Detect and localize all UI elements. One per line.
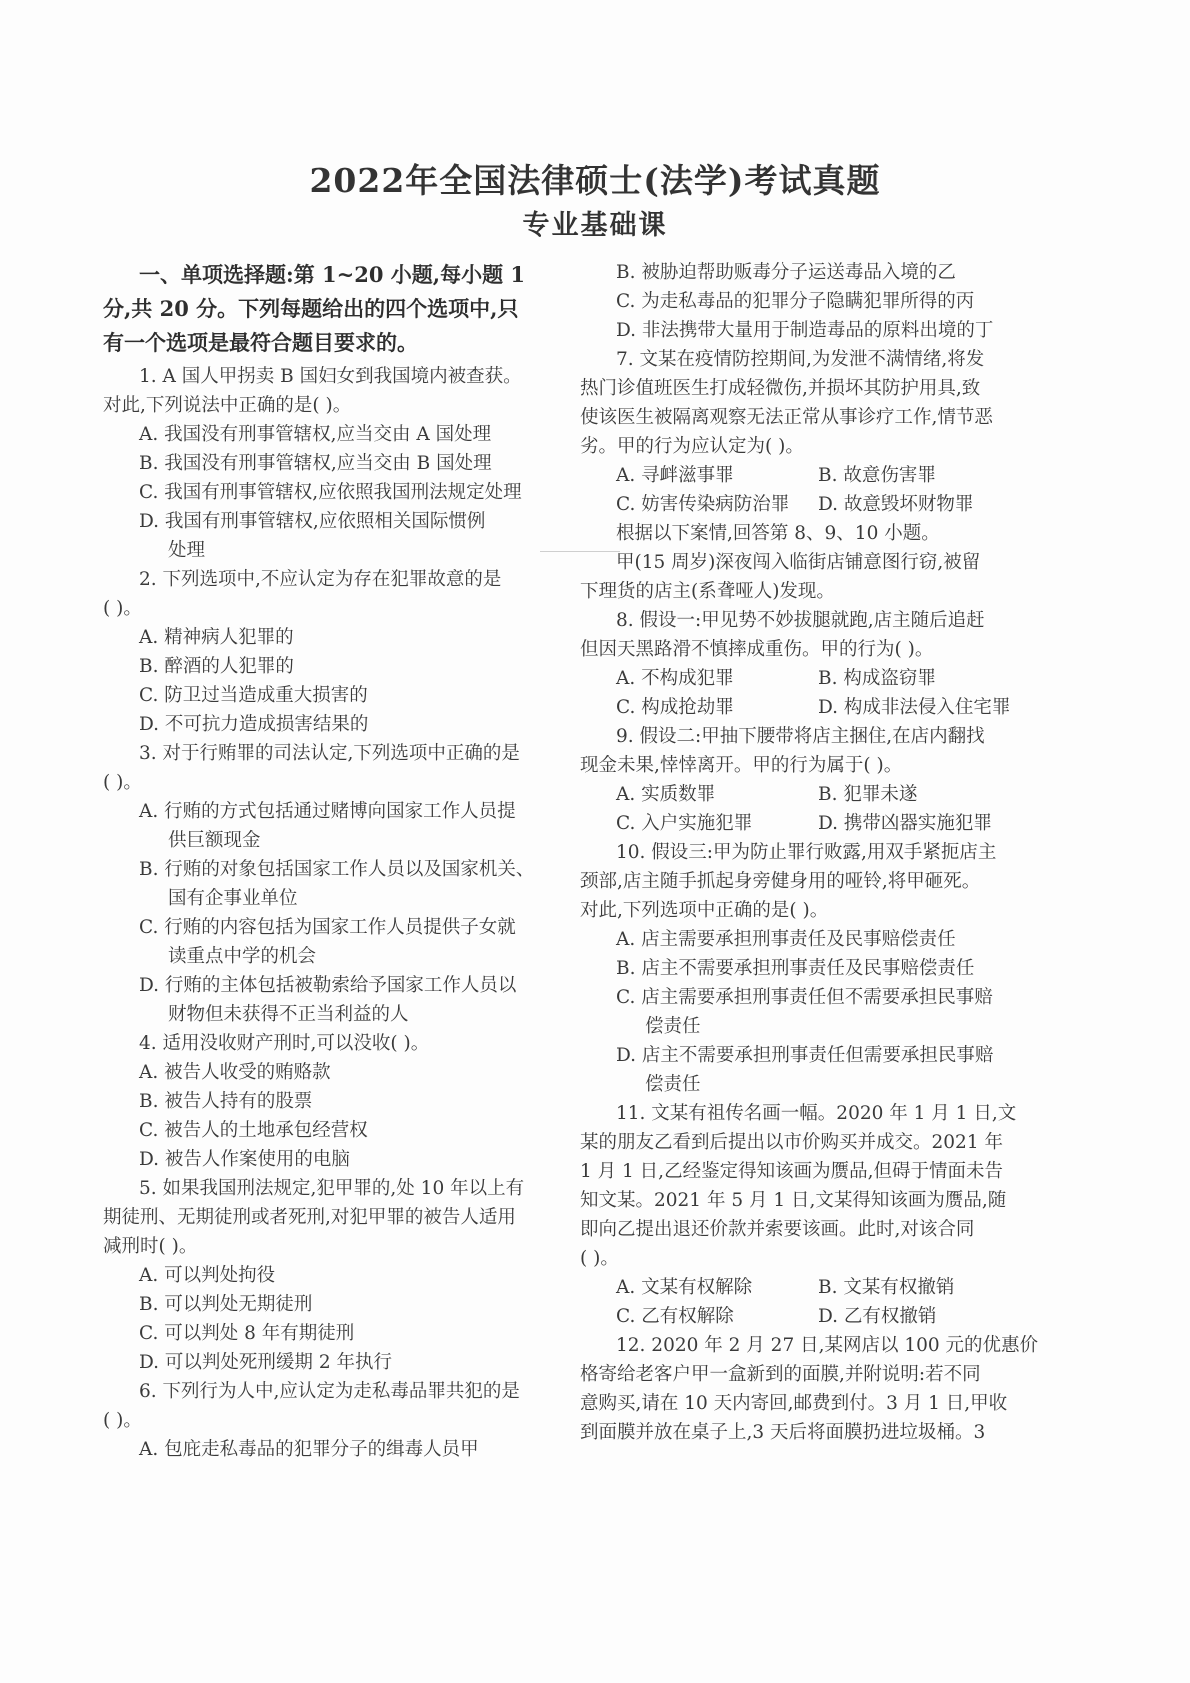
text-line: 甲(15 周岁)深夜闯入临街店铺意图行窃,被留 (580, 548, 980, 577)
text-line: 6. 下列行为人中,应认定为走私毒品罪共犯的是 (103, 1377, 520, 1406)
text-line: 11. 文某有祖传名画一幅。2020 年 1 月 1 日,文 (580, 1099, 1016, 1128)
text-line: 意购买,请在 10 天内寄回,邮费到付。3 月 1 日,甲收 (580, 1389, 1007, 1418)
text-line: ( )。 (103, 1406, 142, 1435)
text-line: 处理 (103, 536, 205, 565)
option-text: B. 文某有权撤销 (818, 1273, 954, 1302)
text-line: 1 月 1 日,乙经鉴定得知该画为赝品,但碍于情面未告 (580, 1157, 1003, 1186)
option-text: B. 故意伤害罪 (818, 461, 936, 490)
text-line: 2. 下列选项中,不应认定为存在犯罪故意的是 (103, 565, 501, 594)
option-row: A. 实质数罪B. 犯罪未遂 (580, 780, 917, 809)
text-line: B. 被胁迫帮助贩毒分子运送毒品入境的乙 (580, 258, 956, 287)
text-line: C. 防卫过当造成重大损害的 (103, 681, 368, 710)
text-line: 一、单项选择题:第 1~20 小题,每小题 1 (103, 258, 525, 292)
option-row: C. 入户实施犯罪D. 携带凶器实施犯罪 (580, 809, 992, 838)
option-text: A. 不构成犯罪 (616, 664, 818, 693)
text-line: 但因天黑路滑不慎摔成重伤。甲的行为( )。 (580, 635, 933, 664)
text-line: 供巨额现金 (103, 826, 261, 855)
text-line: B. 我国没有刑事管辖权,应当交由 B 国处理 (103, 449, 492, 478)
option-row: A. 寻衅滋事罪B. 故意伤害罪 (580, 461, 936, 490)
text-line: 偿责任 (580, 1012, 701, 1041)
option-text: D. 乙有权撤销 (818, 1302, 936, 1331)
option-text: A. 寻衅滋事罪 (616, 461, 818, 490)
text-line: 10. 假设三:甲为防止罪行败露,用双手紧扼店主 (580, 838, 996, 867)
text-line: A. 行贿的方式包括通过赌博向国家工作人员提 (103, 797, 516, 826)
option-text: B. 构成盗窃罪 (818, 664, 936, 693)
text-line: A. 可以判处拘役 (103, 1261, 275, 1290)
text-line: B. 可以判处无期徒刑 (103, 1290, 312, 1319)
text-line: 1. A 国人甲拐卖 B 国妇女到我国境内被查获。 (103, 362, 522, 391)
text-line: 下理货的店主(系聋哑人)发现。 (580, 577, 835, 606)
option-text: D. 携带凶器实施犯罪 (818, 809, 992, 838)
text-line: B. 被告人持有的股票 (103, 1087, 312, 1116)
text-line: ( )。 (103, 594, 142, 623)
text-line: 对此,下列选项中正确的是( )。 (580, 896, 828, 925)
text-line: C. 行贿的内容包括为国家工作人员提供子女就 (103, 913, 516, 942)
option-row: C. 乙有权解除D. 乙有权撤销 (580, 1302, 936, 1331)
option-text: B. 犯罪未遂 (818, 780, 917, 809)
text-line: C. 店主需要承担刑事责任但不需要承担民事赔 (580, 983, 993, 1012)
text-line: A. 被告人收受的贿赂款 (103, 1058, 331, 1087)
option-text: C. 构成抢劫罪 (616, 693, 818, 722)
text-line: D. 行贿的主体包括被勒索给予国家工作人员以 (103, 971, 516, 1000)
option-row: C. 构成抢劫罪D. 构成非法侵入住宅罪 (580, 693, 1010, 722)
option-text: C. 入户实施犯罪 (616, 809, 818, 838)
text-line: B. 行贿的对象包括国家工作人员以及国家机关、 (103, 855, 534, 884)
text-line: C. 被告人的土地承包经营权 (103, 1116, 368, 1145)
text-line: 热门诊值班医生打成轻微伤,并损坏其防护用具,致 (580, 374, 980, 403)
text-line: 期徒刑、无期徒刑或者死刑,对犯甲罪的被告人适用 (103, 1203, 516, 1232)
text-line: D. 不可抗力造成损害结果的 (103, 710, 368, 739)
text-line: 7. 文某在疫情防控期间,为发泄不满情绪,将发 (580, 345, 984, 374)
text-line: 有一个选项是最符合题目要求的。 (103, 326, 418, 360)
text-line: D. 被告人作案使用的电脑 (103, 1145, 350, 1174)
text-line: A. 精神病人犯罪的 (103, 623, 294, 652)
text-line: A. 店主需要承担刑事责任及民事赔偿责任 (580, 925, 956, 954)
text-line: 知文某。2021 年 5 月 1 日,文某得知该画为赝品,随 (580, 1186, 1006, 1215)
option-text: A. 文某有权解除 (616, 1273, 818, 1302)
text-line: 12. 2020 年 2 月 27 日,某网店以 100 元的优惠价 (580, 1331, 1038, 1360)
text-line: 5. 如果我国刑法规定,犯甲罪的,处 10 年以上有 (103, 1174, 524, 1203)
option-text: D. 构成非法侵入住宅罪 (818, 693, 1010, 722)
option-text: D. 故意毁坏财物罪 (818, 490, 973, 519)
text-line: 现金未果,悻悻离开。甲的行为属于( )。 (580, 751, 902, 780)
text-line: 劣。甲的行为应认定为( )。 (580, 432, 804, 461)
text-line: A. 包庇走私毒品的犯罪分子的缉毒人员甲 (103, 1435, 479, 1464)
text-line: D. 店主不需要承担刑事责任但需要承担民事赔 (580, 1041, 993, 1070)
text-line: 4. 适用没收财产刑时,可以没收( )。 (103, 1029, 429, 1058)
text-line: 即向乙提出退还价款并索要该画。此时,对该合同 (580, 1215, 974, 1244)
text-line: 减刑时( )。 (103, 1232, 197, 1261)
option-row: A. 不构成犯罪B. 构成盗窃罪 (580, 664, 936, 693)
text-line: B. 醉酒的人犯罪的 (103, 652, 294, 681)
page-title: 2022年全国法律硕士(法学)考试真题 (0, 155, 1190, 202)
text-line: C. 我国有刑事管辖权,应依照我国刑法规定处理 (103, 478, 522, 507)
text-line: 3. 对于行贿罪的司法认定,下列选项中正确的是 (103, 739, 520, 768)
text-line: C. 为走私毒品的犯罪分子隐瞒犯罪所得的丙 (580, 287, 974, 316)
text-line: D. 我国有刑事管辖权,应依照相关国际惯例 (103, 507, 485, 536)
text-line: 分,共 20 分。下列每题给出的四个选项中,只 (103, 292, 518, 326)
option-text: C. 妨害传染病防治罪 (616, 490, 818, 519)
text-line: D. 非法携带大量用于制造毒品的原料出境的丁 (580, 316, 993, 345)
text-line: 8. 假设一:甲见势不妙拔腿就跑,店主随后追赶 (580, 606, 985, 635)
text-line: 某的朋友乙看到后提出以市价购买并成交。2021 年 (580, 1128, 1003, 1157)
text-line: 9. 假设二:甲抽下腰带将店主捆住,在店内翻找 (580, 722, 985, 751)
option-text: A. 实质数罪 (616, 780, 818, 809)
text-line: 到面膜并放在桌子上,3 天后将面膜扔进垃圾桶。3 (580, 1418, 985, 1447)
text-line: 国有企事业单位 (103, 884, 298, 913)
text-line: B. 店主不需要承担刑事责任及民事赔偿责任 (580, 954, 974, 983)
text-line: 对此,下列说法中正确的是( )。 (103, 391, 351, 420)
option-row: A. 文某有权解除B. 文某有权撤销 (580, 1273, 954, 1302)
text-line: 偿责任 (580, 1070, 701, 1099)
text-line: 颈部,店主随手抓起身旁健身用的哑铃,将甲砸死。 (580, 867, 980, 896)
text-line: C. 可以判处 8 年有期徒刑 (103, 1319, 354, 1348)
text-line: 使该医生被隔离观察无法正常从事诊疗工作,情节恶 (580, 403, 993, 432)
page-subtitle: 专业基础课 (0, 203, 1190, 242)
text-line: 根据以下案情,回答第 8、9、10 小题。 (580, 519, 940, 548)
option-text: C. 乙有权解除 (616, 1302, 818, 1331)
option-row: C. 妨害传染病防治罪D. 故意毁坏财物罪 (580, 490, 973, 519)
text-line: 财物但未获得不正当利益的人 (103, 1000, 409, 1029)
text-line: 读重点中学的机会 (103, 942, 316, 971)
text-line: 格寄给老客户甲一盒新到的面膜,并附说明:若不同 (580, 1360, 981, 1389)
text-line: ( )。 (580, 1244, 619, 1273)
text-line: A. 我国没有刑事管辖权,应当交由 A 国处理 (103, 420, 491, 449)
text-line: ( )。 (103, 768, 142, 797)
text-line: D. 可以判处死刑缓期 2 年执行 (103, 1348, 392, 1377)
exam-page: 2022年全国法律硕士(法学)考试真题 专业基础课 一、单项选择题:第 1~20… (0, 0, 1190, 1683)
